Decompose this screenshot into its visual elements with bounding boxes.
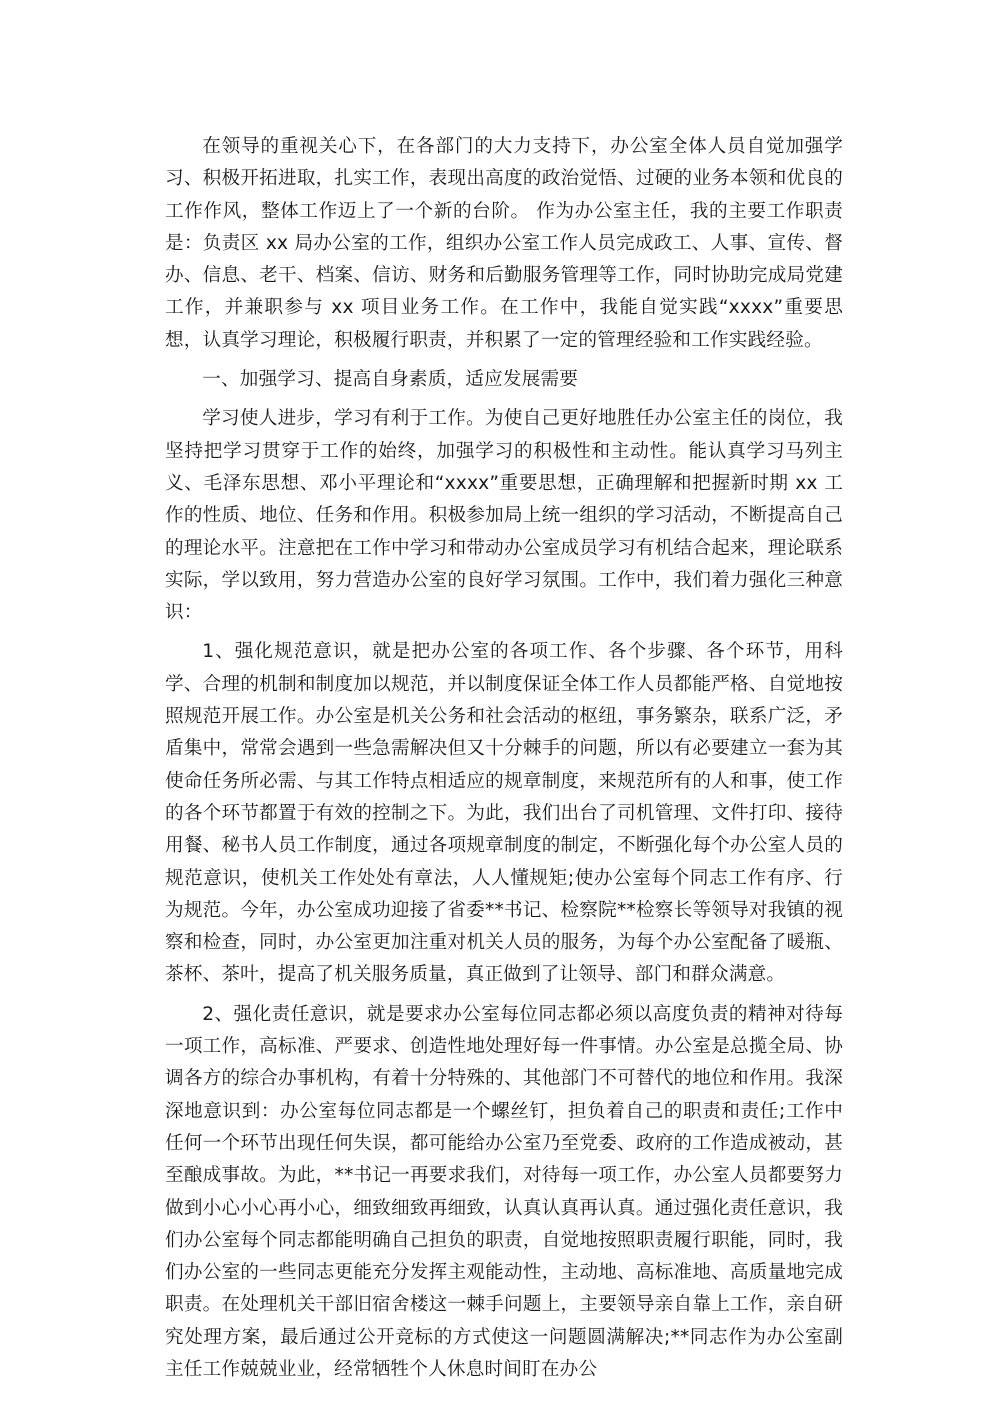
paragraph-responsibility-awareness: 2、强化责任意识，就是要求办公室每位同志都必须以高度负责的精神对待每一项工作，高… — [165, 999, 843, 1387]
paragraph-standard-awareness: 1、强化规范意识，就是把办公室的各项工作、各个步骤、各个环节，用科学、合理的机制… — [165, 636, 843, 991]
paragraph-intro: 在领导的重视关心下，在各部门的大力支持下，办公室全体人员自觉加强学习、积极开拓进… — [165, 131, 843, 357]
section-heading-1: 一、加强学习、提高自身素质，适应发展需要 — [165, 364, 843, 396]
paragraph-learning: 学习使人进步，学习有利于工作。为使自己更好地胜任办公室主任的岗位，我坚持把学习贯… — [165, 403, 843, 629]
document-page: 在领导的重视关心下，在各部门的大力支持下，办公室全体人员自觉加强学习、积极开拓进… — [165, 131, 843, 1393]
